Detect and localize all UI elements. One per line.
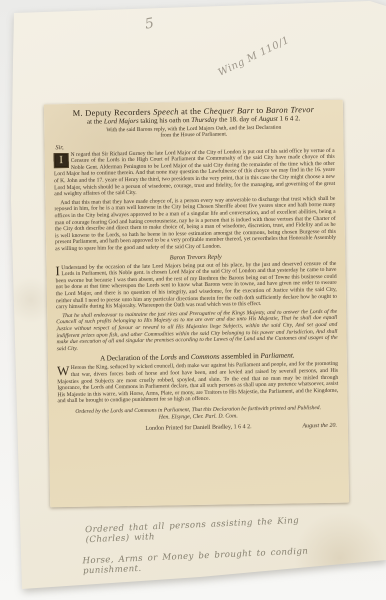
title-segment-italic: Speech (153, 107, 179, 116)
title-segment: M. Deputy Recorders (73, 108, 154, 118)
pencil-page-number: 5 (144, 15, 156, 32)
heading-segment-italic: Commons (191, 353, 220, 361)
initial-W: W (57, 365, 69, 377)
heading-segment: and (177, 353, 191, 361)
declaration-paragraph: WHereas the King, seduced by wicked coun… (57, 361, 339, 405)
woodcut-initial-I: I (54, 153, 69, 168)
title-segment-italic: Chequer Barr (204, 106, 254, 116)
title-segment: at the (87, 118, 104, 125)
title-segment: the 18. day of (217, 116, 258, 124)
initial-I: I (55, 265, 60, 277)
speech-paragraph-2: And that this man that they have made ch… (54, 196, 336, 253)
title-segment: to (254, 106, 266, 115)
heading-segment-italic: Lords (160, 354, 177, 362)
speech-paragraph-1: IN regard that Sir Richard Gurney the la… (54, 147, 336, 198)
album-leaf-paper: 5 Wing M 110/1 M. Deputy Recorders Speec… (0, 0, 386, 600)
paragraph-text: N regard that Sir Richard Gurney the lat… (54, 147, 335, 197)
photo-background: 5 Wing M 110/1 M. Deputy Recorders Speec… (0, 0, 386, 600)
paragraph-text: Hereas the King, seduced by wicked counc… (57, 361, 338, 404)
title-segment: at the (179, 107, 204, 116)
handwritten-note-line1: Ordered that all persons assisting the K… (85, 515, 326, 545)
handwritten-note-line2: Horse, Arms or Money be brought to condi… (82, 546, 327, 577)
heading-segment: assembled in (220, 352, 261, 361)
imprint-row: London Printed for Daniell Bradley, 1 6 … (58, 423, 339, 433)
heading-segment: A Declaration of the (100, 354, 160, 363)
title-segment: 1 6 4 2. (278, 115, 301, 122)
handwritten-note: Ordered that all persons assisting the K… (85, 515, 327, 576)
title-segment-italic: Thursday (191, 117, 217, 124)
heading-segment-italic: Parliament. (260, 352, 294, 361)
pencil-catalog-mark: Wing M 110/1 (217, 16, 330, 78)
title-segment: taking his oath on (139, 117, 192, 125)
title-segment-italic: Lord Majors (104, 118, 139, 126)
title-segment-italic: August (259, 116, 278, 123)
title-segment-italic: Baron Trevor (266, 105, 314, 115)
album-leaf: 5 Wing M 110/1 M. Deputy Recorders Speec… (0, 0, 386, 600)
paragraph-text: Understand by the occasion of the late L… (56, 260, 337, 310)
pamphlet-sheet: M. Deputy Recorders Speech at the Cheque… (44, 100, 349, 508)
imprint-text: London Printed for Daniell Bradley, 1 6 … (145, 425, 251, 433)
imprint-date: August the 20. (302, 423, 337, 430)
reply-paragraph: IUnderstand by the occasion of the late … (55, 260, 337, 311)
oath-paragraph: That he shall endeavour to maintaine the… (56, 309, 338, 353)
